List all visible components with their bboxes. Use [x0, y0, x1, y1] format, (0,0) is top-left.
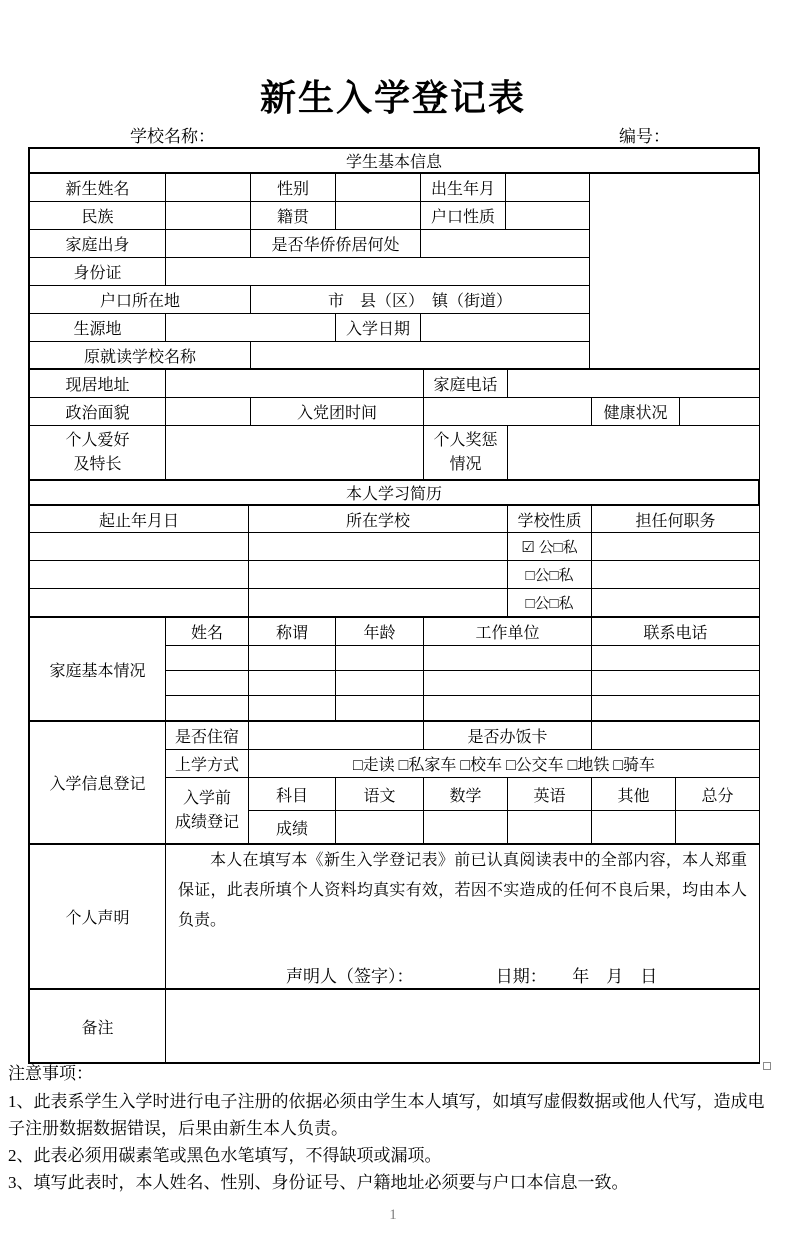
name-label: 新生姓名: [30, 174, 166, 202]
hukou-type-field[interactable]: [506, 202, 590, 230]
family-col-relation: 称谓: [249, 618, 336, 646]
score-other-field[interactable]: [592, 811, 676, 844]
study-col-nature: 学校性质: [508, 506, 592, 533]
name-field[interactable]: [166, 174, 251, 202]
study-duty-field[interactable]: [592, 561, 760, 589]
family-relation-field[interactable]: [249, 646, 336, 671]
family-col-age: 年龄: [336, 618, 424, 646]
study-duty-field[interactable]: [592, 533, 760, 561]
subject-header: 科目: [249, 778, 336, 811]
ethnic-label: 民族: [30, 202, 166, 230]
prev-school-label: 原就读学校名称: [30, 342, 251, 369]
family-age-field[interactable]: [336, 696, 424, 721]
family-origin-label: 家庭出身: [30, 230, 166, 258]
study-row: ☑ 公□私: [30, 533, 760, 561]
declaration-content: 本人在填写本《新生入学登记表》前已认真阅读表中的全部内容，本人郑重保证，此表所填…: [166, 845, 760, 989]
school-nature-checkboxes[interactable]: □公□私: [508, 589, 592, 617]
party-time-label: 入党团时间: [251, 398, 424, 426]
birth-label: 出生年月: [421, 174, 506, 202]
study-period-field[interactable]: [30, 561, 249, 589]
study-row: □公□私: [30, 561, 760, 589]
hobby-field[interactable]: [166, 426, 424, 480]
family-relation-field[interactable]: [249, 671, 336, 696]
family-name-field[interactable]: [166, 646, 249, 671]
family-workunit-field[interactable]: [424, 646, 592, 671]
pre-score-label: 入学前 成绩登记: [166, 778, 249, 844]
meal-card-label: 是否办饭卡: [424, 722, 592, 750]
note-item-2: 2、此表必须用碳素笔或黑色水笔填写，不得缺项或漏项。: [8, 1142, 780, 1169]
family-origin-field[interactable]: [166, 230, 251, 258]
declaration-text: 本人在填写本《新生入学登记表》前已认真阅读表中的全部内容，本人郑重保证，此表所填…: [178, 846, 747, 936]
commute-label: 上学方式: [166, 750, 249, 778]
family-name-field[interactable]: [166, 671, 249, 696]
political-field[interactable]: [166, 398, 251, 426]
family-workunit-field[interactable]: [424, 671, 592, 696]
family-phone-field[interactable]: [592, 671, 760, 696]
hukou-loc-label: 户口所在地: [30, 286, 251, 314]
overseas-field[interactable]: [421, 230, 590, 258]
family-age-field[interactable]: [336, 646, 424, 671]
boarding-label: 是否住宿: [166, 722, 249, 750]
family-age-field[interactable]: [336, 671, 424, 696]
address-field[interactable]: [166, 370, 424, 398]
id-card-label: 身份证: [30, 258, 166, 286]
study-school-field[interactable]: [249, 589, 508, 617]
study-band: 本人学习简历: [30, 481, 759, 505]
basic-info-band-table: 学生基本信息: [29, 148, 759, 173]
ethnic-field[interactable]: [166, 202, 251, 230]
boarding-field[interactable]: [249, 722, 424, 750]
remark-field[interactable]: [166, 990, 760, 1063]
meal-card-field[interactable]: [592, 722, 760, 750]
anchor-mark-icon: [763, 1062, 771, 1070]
family-col-phone: 联系电话: [592, 618, 760, 646]
score-chinese-field[interactable]: [336, 811, 424, 844]
enroll-table: 入学信息登记 是否住宿 是否办饭卡 上学方式 □走读 □私家车 □校车 □公交车…: [29, 721, 760, 844]
study-period-field[interactable]: [30, 589, 249, 617]
family-phone-field[interactable]: [592, 646, 760, 671]
score-english-field[interactable]: [508, 811, 592, 844]
family-name-field[interactable]: [166, 696, 249, 721]
native-place-label: 籍贯: [251, 202, 336, 230]
study-duty-field[interactable]: [592, 589, 760, 617]
birth-field[interactable]: [506, 174, 590, 202]
family-phone-field[interactable]: [592, 696, 760, 721]
form-number-label: 编号：: [619, 122, 670, 147]
political-label: 政治面貌: [30, 398, 166, 426]
family-relation-field[interactable]: [249, 696, 336, 721]
study-band-table: 本人学习简历: [29, 480, 759, 505]
home-phone-field[interactable]: [508, 370, 760, 398]
study-school-field[interactable]: [249, 533, 508, 561]
subject-chinese: 语文: [336, 778, 424, 811]
home-phone-label: 家庭电话: [424, 370, 508, 398]
photo-cell[interactable]: [590, 174, 760, 369]
study-row: □公□私: [30, 589, 760, 617]
family-workunit-field[interactable]: [424, 696, 592, 721]
study-history-table: 起止年月日 所在学校 学校性质 担任何职务 ☑ 公□私 □公□私 □公□私: [29, 505, 760, 617]
source-place-field[interactable]: [166, 314, 336, 342]
notes-title: 注意事项：: [8, 1060, 780, 1087]
family-col-workunit: 工作单位: [424, 618, 592, 646]
declaration-label: 个人声明: [30, 845, 166, 989]
hukou-loc-field[interactable]: 市 县（区） 镇（街道）: [251, 286, 590, 314]
subject-english: 英语: [508, 778, 592, 811]
score-header: 成绩: [249, 811, 336, 844]
gender-label: 性别: [251, 174, 336, 202]
hukou-type-label: 户口性质: [421, 202, 506, 230]
remark-table: 备注: [29, 989, 760, 1063]
source-place-label: 生源地: [30, 314, 166, 342]
contact-table: 现居地址 家庭电话 政治面貌 入党团时间 健康状况 个人爱好 及特长: [29, 369, 760, 480]
note-item-3: 3、填写此表时，本人姓名、性别、身份证号、户籍地址必须要与户口本信息一致。: [8, 1169, 780, 1196]
family-section-label: 家庭基本情况: [30, 618, 166, 721]
health-field[interactable]: [680, 398, 760, 426]
form-subhead: 学校名称： 编号：: [28, 121, 758, 147]
prev-school-field[interactable]: [251, 342, 590, 369]
subject-math: 数学: [424, 778, 508, 811]
address-label: 现居地址: [30, 370, 166, 398]
basic-info-band: 学生基本信息: [30, 149, 759, 173]
subject-total: 总分: [676, 778, 760, 811]
note-item-1: 1、此表系学生入学时进行电子注册的依据必须由学生本人填写，如填写虚假数据或他人代…: [8, 1088, 780, 1142]
notes-section: 注意事项： 1、此表系学生入学时进行电子注册的依据必须由学生本人填写，如填写虚假…: [8, 1060, 780, 1196]
study-period-field[interactable]: [30, 533, 249, 561]
form-page: 新生入学登记表 学校名称： 编号： 学生基本信息 新生姓名 性别 出生年月: [0, 0, 786, 1251]
page-title: 新生入学登记表: [0, 70, 786, 121]
score-math-field[interactable]: [424, 811, 508, 844]
id-card-field[interactable]: [166, 258, 590, 286]
registration-form: 学生基本信息 新生姓名 性别 出生年月 民族 籍贯: [28, 147, 760, 1064]
school-nature-checkboxes[interactable]: □公□私: [508, 561, 592, 589]
study-school-field[interactable]: [249, 561, 508, 589]
declaration-date-label[interactable]: 日期： 年 月 日: [496, 967, 658, 986]
page-number: 1: [0, 1207, 786, 1224]
family-table: 家庭基本情况 姓名 称谓 年龄 工作单位 联系电话: [29, 617, 760, 721]
gender-field[interactable]: [336, 174, 421, 202]
study-col-duty: 担任何职务: [592, 506, 760, 533]
health-label: 健康状况: [592, 398, 680, 426]
declarer-sign-label[interactable]: 声明人（签字）：: [286, 967, 414, 986]
overseas-label: 是否华侨侨居何处: [251, 230, 421, 258]
remark-label: 备注: [30, 990, 166, 1063]
enroll-date-label: 入学日期: [336, 314, 421, 342]
school-nature-checkboxes[interactable]: ☑ 公□私: [508, 533, 592, 561]
native-place-field[interactable]: [336, 202, 421, 230]
reward-label: 个人奖惩 情况: [424, 426, 508, 480]
reward-field[interactable]: [508, 426, 760, 480]
hobby-label: 个人爱好 及特长: [30, 426, 166, 480]
declaration-table: 个人声明 本人在填写本《新生入学登记表》前已认真阅读表中的全部内容，本人郑重保证…: [29, 844, 760, 989]
commute-option-checkboxes[interactable]: □走读 □私家车 □校车 □公交车 □地铁 □骑车: [249, 750, 760, 778]
score-total-field[interactable]: [676, 811, 760, 844]
study-col-school: 所在学校: [249, 506, 508, 533]
enroll-date-field[interactable]: [421, 314, 590, 342]
school-name-label: 学校名称：: [130, 122, 215, 147]
enroll-section-label: 入学信息登记: [30, 722, 166, 844]
basic-info-table: 新生姓名 性别 出生年月 民族 籍贯 户口性质 家庭出身 是否华侨侨居何处: [29, 173, 760, 369]
study-col-period: 起止年月日: [30, 506, 249, 533]
party-time-field[interactable]: [424, 398, 592, 426]
subject-other: 其他: [592, 778, 676, 811]
family-col-name: 姓名: [166, 618, 249, 646]
